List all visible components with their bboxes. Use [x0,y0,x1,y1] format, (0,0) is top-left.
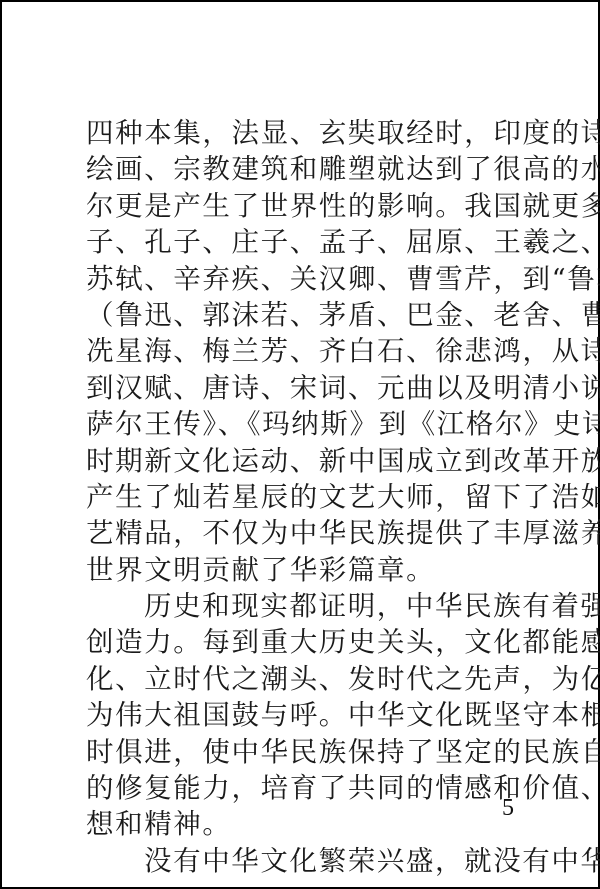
text-line: 想和精神。 [86,806,526,842]
text-line: （鲁迅、郭沫若、茅盾、巴金、老舍、曹禺），到聂耳、 [86,297,526,333]
text-line: 子、孔子、庄子、孟子、屈原、王羲之、李白、杜甫、 [86,224,526,260]
text-line: 萨尔王传》、《玛纳斯》到《江格尔》史诗，从五四 [86,406,526,442]
text-line: 到汉赋、唐诗、宋词、元曲以及明清小说，从《格 [86,370,526,406]
page-number: 5 [502,793,514,823]
text-line: 艺精品，不仅为中华民族提供了丰厚滋养，而且为 [86,515,526,551]
text-line: 冼星海、梅兰芳、齐白石、徐悲鸿，从诗经、楚辞 [86,333,526,369]
text-line: 绘画、宗教建筑和雕塑就达到了很高的水平，泰戈 [86,151,526,187]
paragraph-start-line: 没有中华文化繁荣兴盛，就没有中华民族伟大 [86,843,526,879]
text-line: 时期新文化运动、新中国成立到改革开放的今天， [86,443,526,479]
text-line: 苏轼、辛弃疾、关汉卿、曹雪芹，到“鲁郭茅巴老曹” [86,261,526,297]
text-line: 为伟大祖国鼓与呼。中华文化既坚守本根又不断与 [86,697,526,733]
text-line: 产生了灿若星辰的文艺大师，留下了浩如烟海的文 [86,479,526,515]
text-line: 化、立时代之潮头、发时代之先声，为亿万人民、 [86,661,526,697]
text-line: 时俱进，使中华民族保持了坚定的民族自信和强大 [86,734,526,770]
text-line: 尔更是产生了世界性的影响。我国就更多了，从老 [86,188,526,224]
book-page: 四种本集，法显、玄奘取经时，印度的诗歌、舞蹈、 绘画、宗教建筑和雕塑就达到了很高… [0,0,600,889]
paragraph-start-line: 历史和现实都证明，中华民族有着强大的文化 [86,588,526,624]
text-line: 四种本集，法显、玄奘取经时，印度的诗歌、舞蹈、 [86,115,526,151]
text-line: 创造力。每到重大历史关头，文化都能感国运之变 [86,624,526,660]
text-line: 的修复能力，培育了共同的情感和价值、共同的理 [86,770,526,806]
body-text: 四种本集，法显、玄奘取经时，印度的诗歌、舞蹈、 绘画、宗教建筑和雕塑就达到了很高… [86,115,526,879]
text-line: 世界文明贡献了华彩篇章。 [86,552,526,588]
